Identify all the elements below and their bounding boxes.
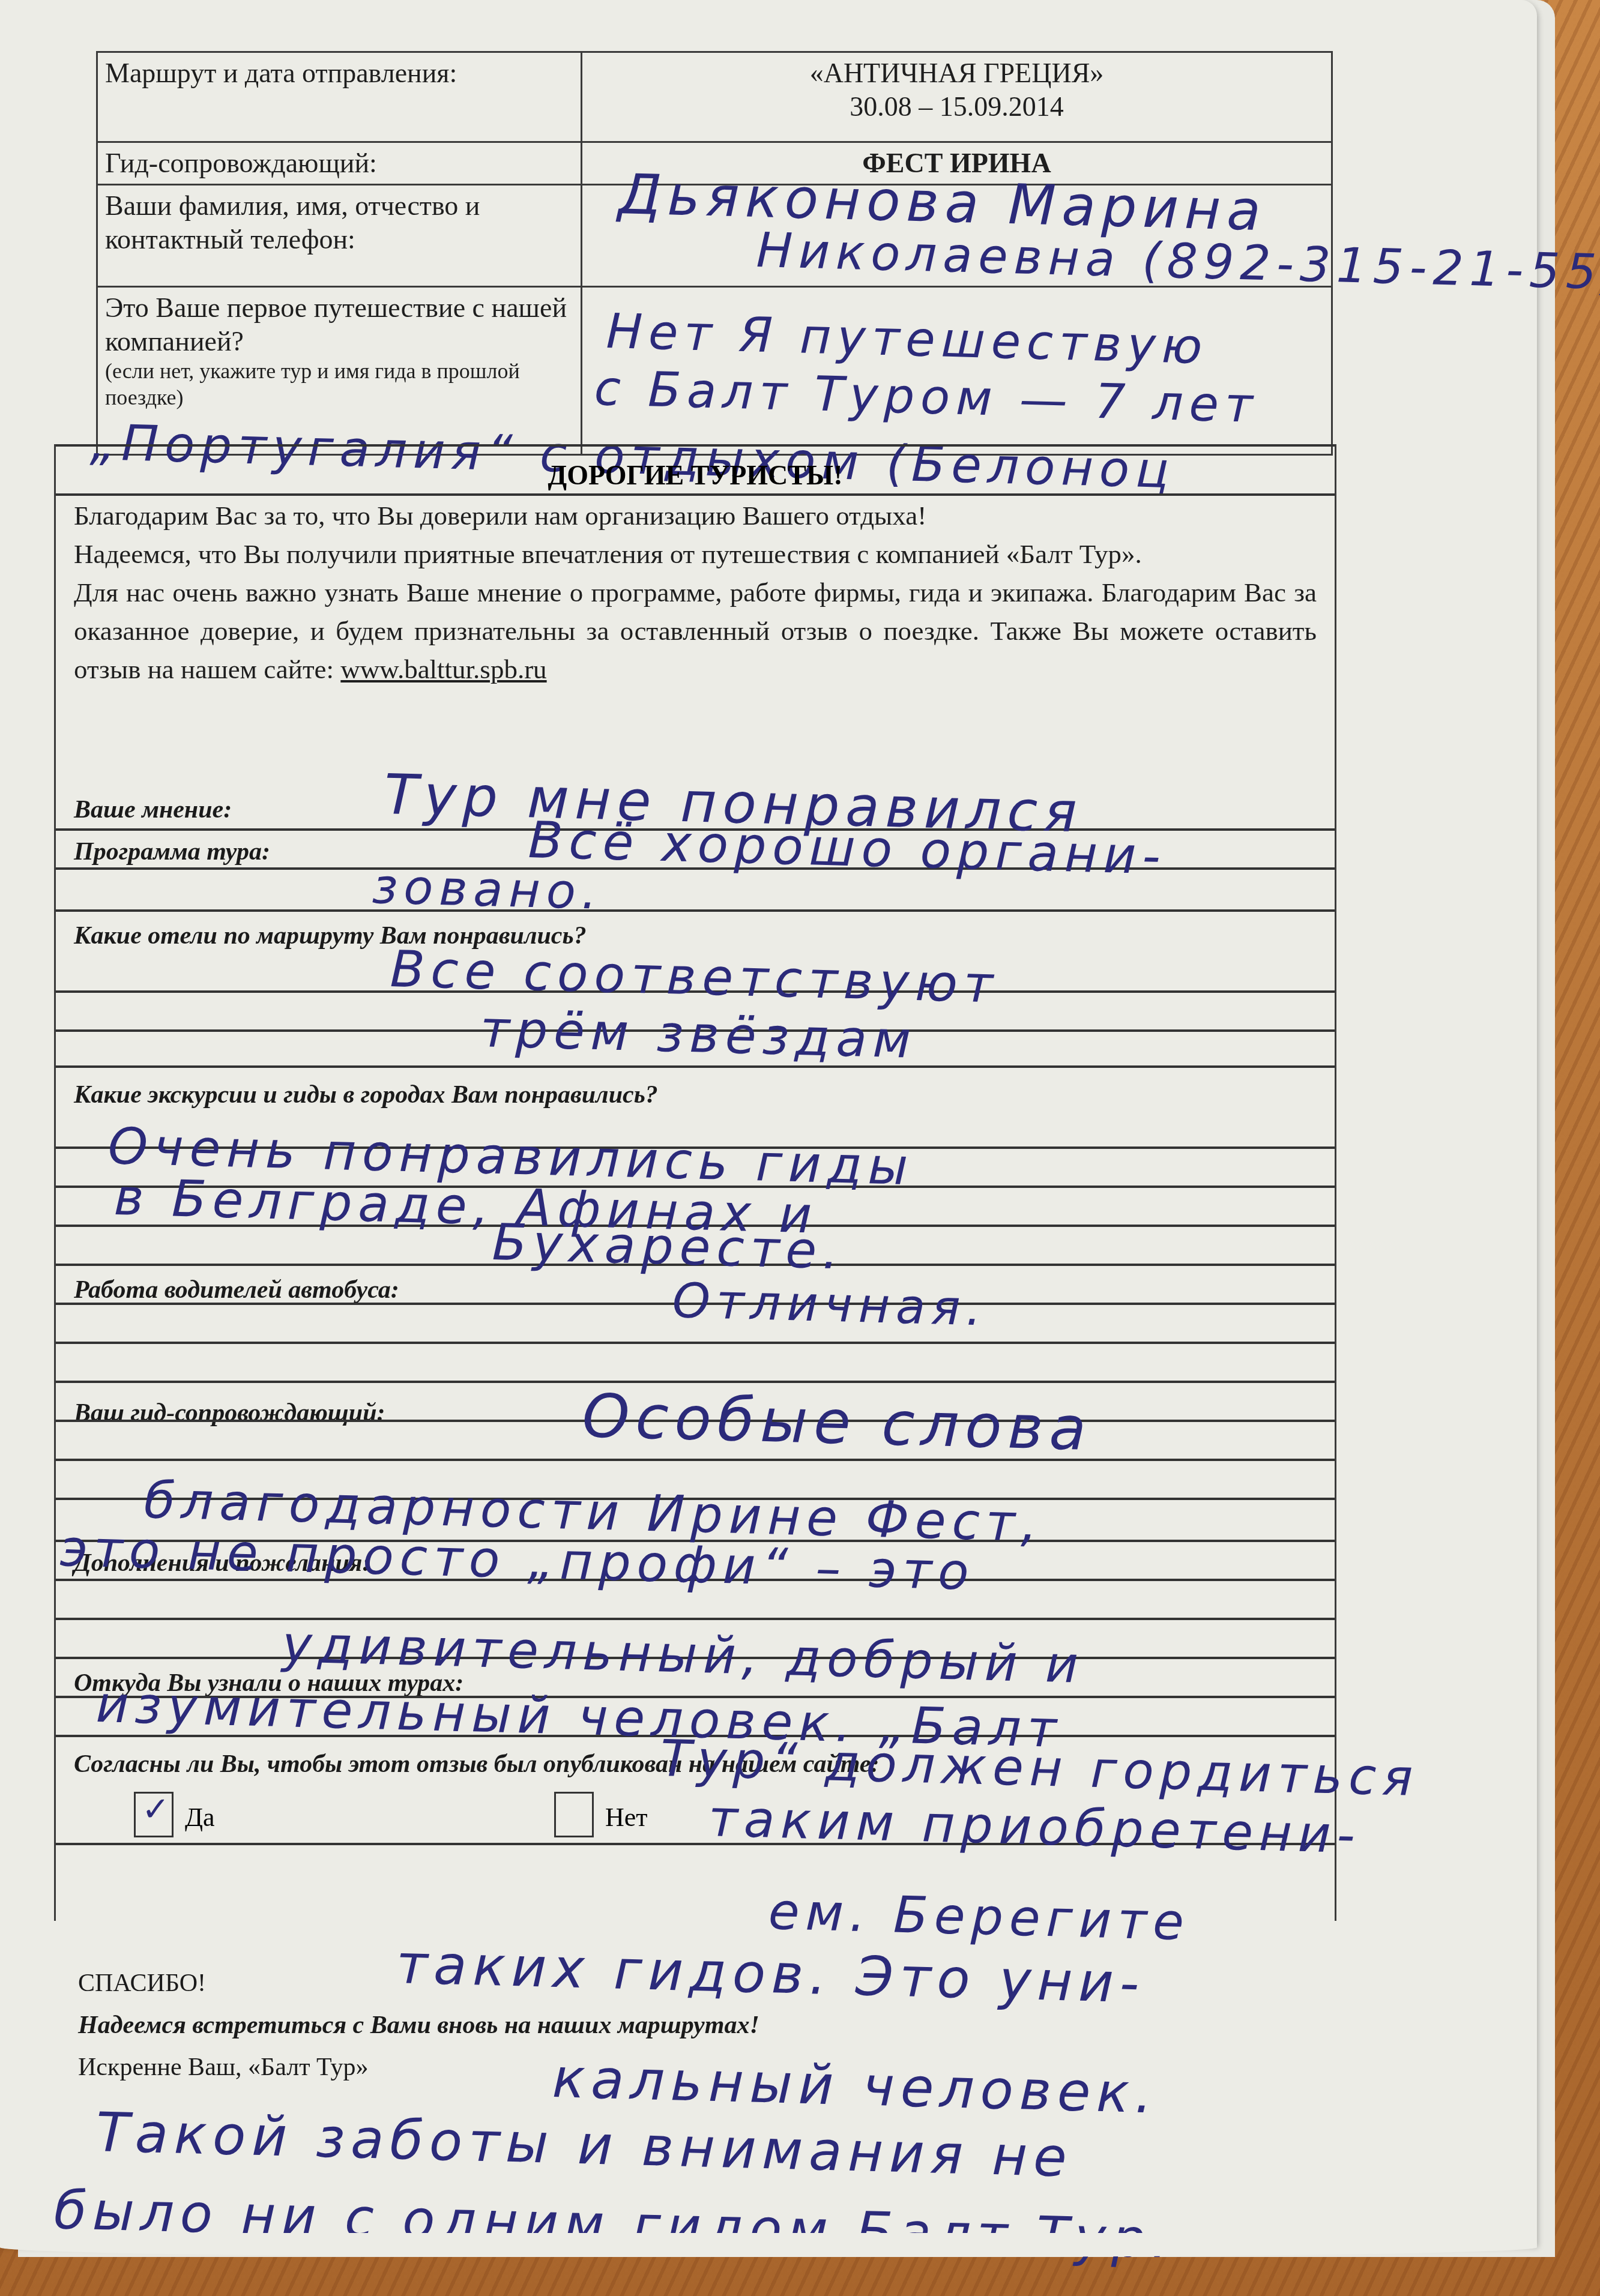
route-label: Маршрут и дата отправления:	[97, 52, 582, 142]
intro-p2: Надеемся, что Вы получили приятные впеча…	[74, 535, 1317, 574]
name-label: Ваши фамилия, имя, отчество и контактный…	[97, 185, 582, 287]
consent-no-label: Нет	[605, 1802, 648, 1833]
answer-guide-1: Особые слова	[581, 1381, 1093, 1464]
route-value: «АНТИЧНАЯ ГРЕЦИЯ» 30.08 – 15.09.2014	[582, 52, 1332, 142]
footer-signature: Искренне Ваш, «Балт Тур»	[78, 2053, 369, 2082]
intro-p1: Благодарим Вас за то, что Вы доверили на…	[74, 497, 1317, 535]
guide-label: Гид-сопровождающий:	[97, 142, 582, 185]
answer-hotels-2: трём звёздам	[480, 999, 918, 1070]
footer-thanks: СПАСИБО!	[78, 1969, 206, 1998]
excursions-label: Какие экскурсии и гиды в городах Вам пон…	[74, 1080, 658, 1109]
consent-yes-label: Да	[185, 1802, 215, 1833]
answer-drivers: Отличная.	[672, 1273, 988, 1337]
first-trip-question: Это Ваше первое путешествие с нашей комп…	[105, 291, 573, 358]
route-dates: 30.08 – 15.09.2014	[590, 90, 1324, 124]
answer-excursions-3: Бухаресте.	[492, 1213, 845, 1280]
consent-yes-checkbox[interactable]: ✓	[134, 1792, 174, 1837]
route-name: «АНТИЧНАЯ ГРЕЦИЯ»	[590, 56, 1324, 90]
intro-p3: Для нас очень важно узнать Ваше мнение о…	[74, 574, 1317, 689]
first-trip-hint: (если нет, укажите тур и имя гида в прош…	[105, 358, 573, 411]
intro-text: Благодарим Вас за то, что Вы доверили на…	[74, 497, 1317, 688]
checkmark-icon: ✓	[142, 1790, 170, 1829]
website-link[interactable]: www.balttur.spb.ru	[340, 654, 546, 684]
intro-title: ДОРОГИЕ ТУРИСТЫ!	[56, 459, 1335, 491]
intro-p3-text: Для нас очень важно узнать Ваше мнение о…	[74, 577, 1317, 684]
guide-feedback-label: Ваш гид-сопровождающий:	[74, 1399, 385, 1427]
answer-program-2: зовано.	[372, 858, 604, 920]
consent-no-checkbox[interactable]	[554, 1792, 594, 1837]
footer-hope: Надеемся встретиться с Вами вновь на наш…	[78, 2011, 759, 2040]
answer-consent: ем. Берегите	[768, 1882, 1191, 1951]
opinion-label: Ваше мнение:	[74, 795, 232, 824]
footer-hand-2: кальный человек.	[552, 2047, 1159, 2126]
drivers-label: Работа водителей автобуса:	[74, 1276, 399, 1304]
program-label: Программа тура:	[74, 837, 270, 866]
feedback-form-sheet: Маршрут и дата отправления: «АНТИЧНАЯ ГР…	[0, 0, 1537, 2245]
